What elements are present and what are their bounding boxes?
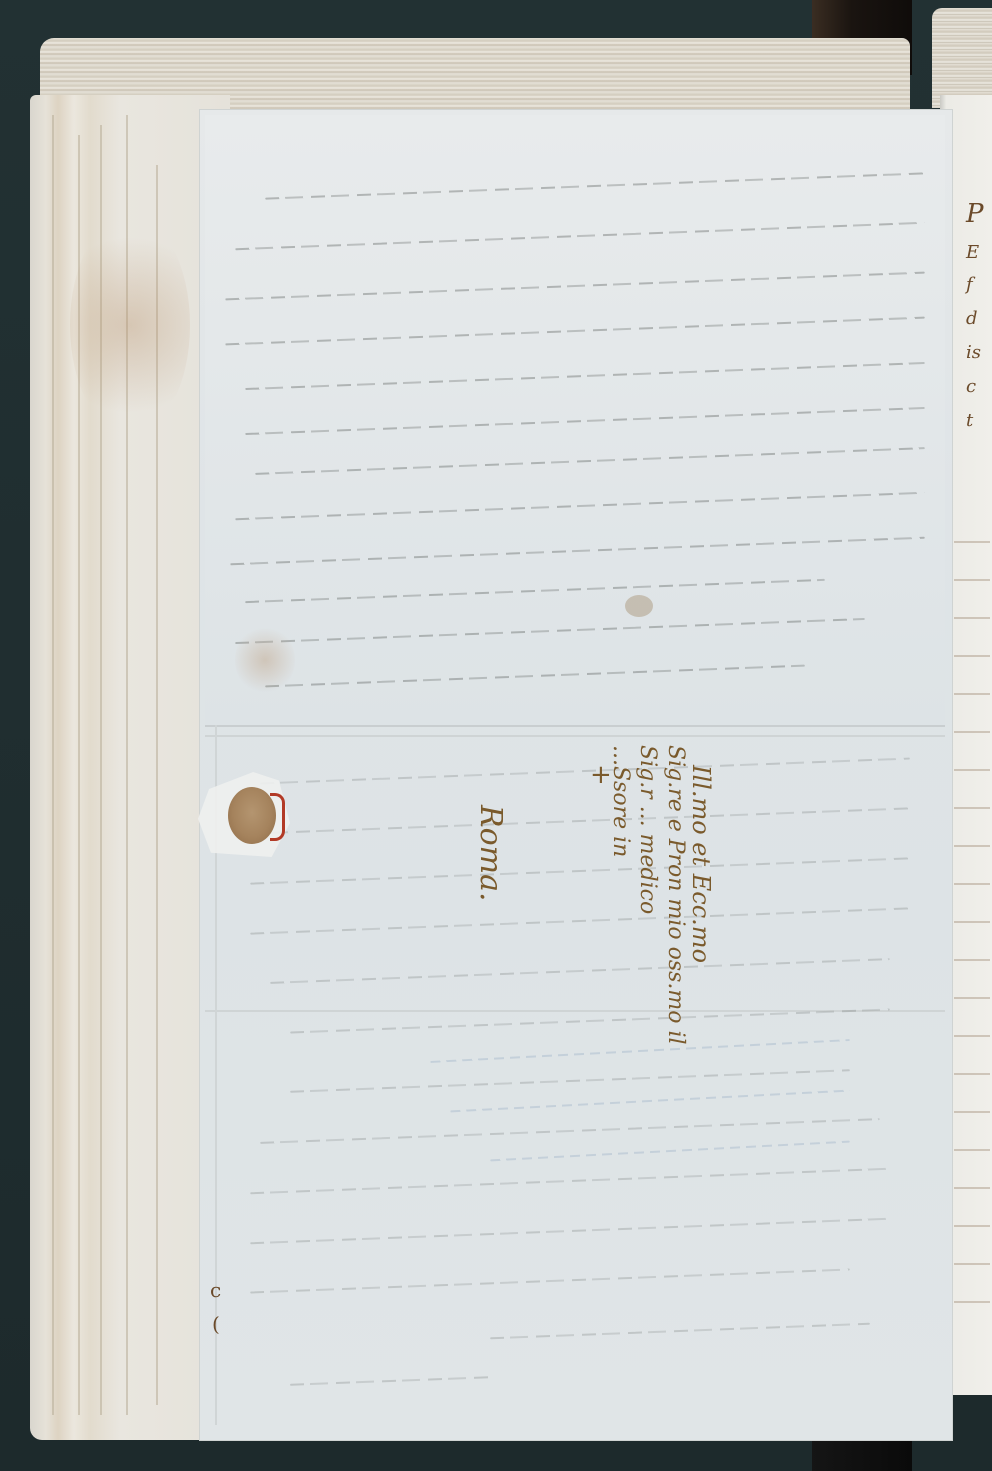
address-line: ...Ssore in	[608, 745, 633, 857]
age-stain	[235, 625, 295, 695]
address-block: + Ill.mo et Ecc.mo Sig.re e Pron mio oss…	[0, 0, 992, 1471]
address-line-city: Roma.	[473, 805, 508, 902]
margin-mark: (	[212, 1312, 220, 1336]
margin-mark: c	[210, 1278, 221, 1302]
address-line: Sig.re e Pron mio oss.mo il	[663, 745, 688, 1045]
address-line: Ill.mo et Ecc.mo	[687, 765, 715, 963]
address-line: Sig.r ... medico	[635, 745, 660, 914]
